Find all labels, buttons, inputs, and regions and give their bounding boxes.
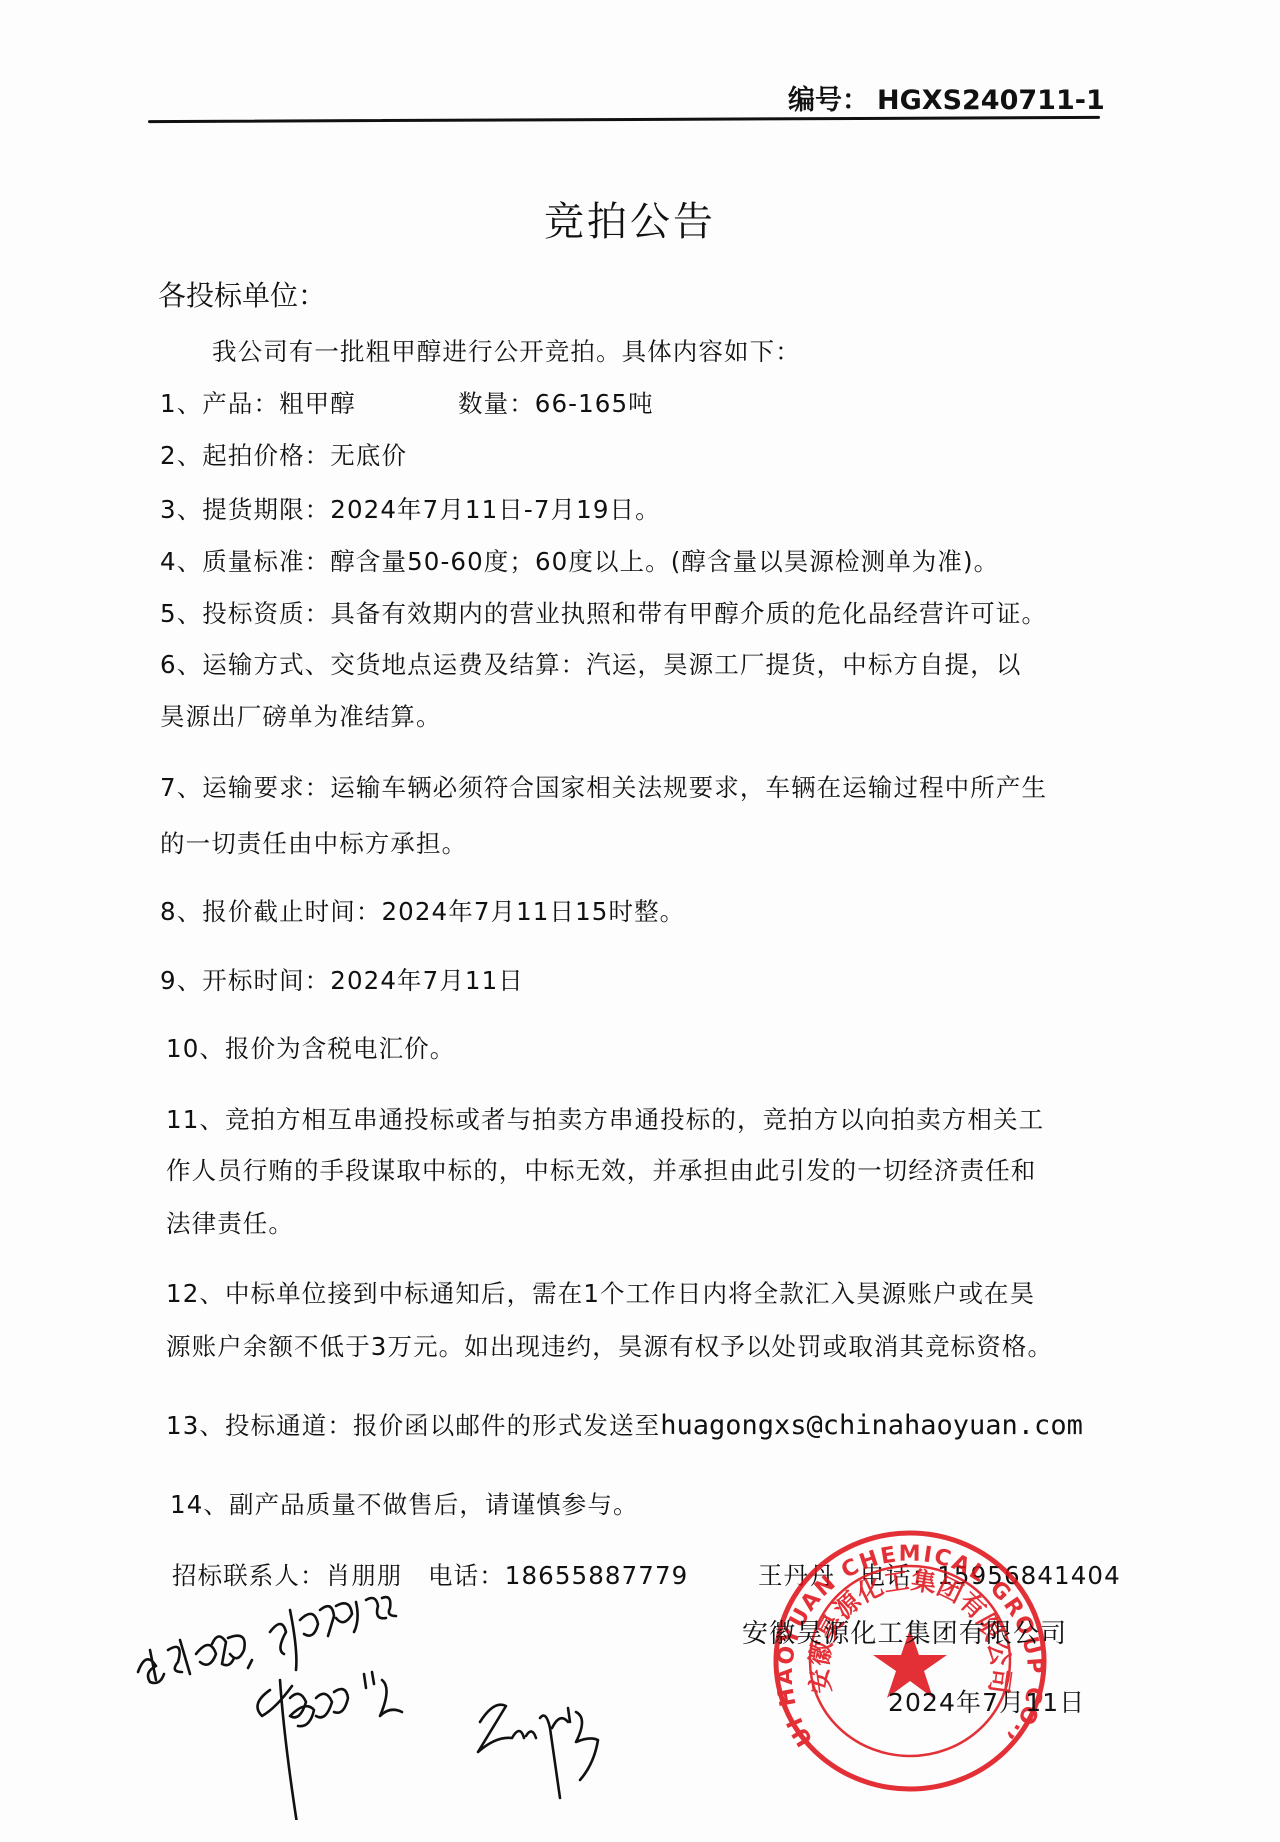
salutation: 各投标单位：: [158, 274, 326, 314]
item-6-line-1: 6、运输方式、交货地点运费及结算：汽运，昊源工厂提货，中标方自提，以: [160, 650, 1021, 680]
item-9: 9、开标时间：2024年7月11日: [160, 966, 524, 996]
item-11-line-1: 11、竞拍方相互串通投标或者与拍卖方串通投标的，竞拍方以向拍卖方相关工: [166, 1105, 1044, 1135]
item-4: 4、质量标准：醇含量50-60度；60度以上。(醇含量以昊源检测单为准)。: [160, 547, 999, 577]
item-6-line-2: 昊源出厂磅单为准结算。: [160, 702, 442, 732]
doc-number-value: HGXS240711-1: [877, 85, 1105, 116]
item-1-quantity: 数量：66-165吨: [458, 389, 654, 419]
item-7-line-2: 的一切责任由中标方承担。: [160, 829, 467, 859]
item-7-line-1: 7、运输要求：运输车辆必须符合国家相关法规要求，车辆在运输过程中所产生: [160, 773, 1047, 803]
item-1-product: 1、产品：粗甲醇: [160, 389, 356, 419]
company-seal-icon: ANHUI HAOYUAN CHEMICAL GROUP CO.,LTD. 安徽…: [770, 1526, 1050, 1796]
page-title: 竞拍公告: [0, 190, 1260, 247]
intro-paragraph: 我公司有一批粗甲醇进行公开竞拍。具体内容如下：: [212, 337, 801, 367]
bid-email-link[interactable]: huagongxs@chinahaoyuan.com: [660, 1410, 1083, 1441]
item-2: 2、起拍价格：无底价: [160, 441, 407, 471]
item-5: 5、投标资质：具备有效期内的营业执照和带有甲醇介质的危化品经营许可证。: [160, 599, 1047, 629]
item-13: 13、投标通道：报价函以邮件的形式发送至huagongxs@chinahaoyu…: [166, 1411, 1083, 1441]
item-12-line-1: 12、中标单位接到中标通知后，需在1个工作日内将全款汇入昊源账户或在昊: [166, 1279, 1035, 1309]
item-12-line-2: 源账户余额不低于3万元。如出现违约，昊源有权予以处罚或取消其竞标资格。: [166, 1332, 1053, 1362]
doc-number: 编号：HGXS240711-1: [788, 78, 1105, 117]
signoff-date: 2024年7月11日: [888, 1688, 1085, 1718]
item-10: 10、报价为含税电汇价。: [166, 1034, 455, 1064]
handwritten-signatures-icon: [120, 1580, 740, 1820]
item-3: 3、提货期限：2024年7月11日-7月19日。: [160, 495, 661, 525]
item-14: 14、副产品质量不做售后，请谨慎参与。: [170, 1490, 639, 1520]
company-name: 安徽昊源化工集团有限公司: [742, 1619, 1067, 1649]
doc-number-label: 编号：: [788, 85, 869, 116]
item-11-line-2: 作人员行贿的手段谋取中标的，中标无效，并承担由此引发的一切经济责任和: [166, 1156, 1036, 1186]
item-8: 8、报价截止时间：2024年7月11日15时整。: [160, 897, 685, 927]
item-11-line-3: 法律责任。: [166, 1209, 294, 1239]
item-13-text: 13、投标通道：报价函以邮件的形式发送至: [166, 1411, 660, 1440]
header-rule: [148, 116, 1100, 123]
